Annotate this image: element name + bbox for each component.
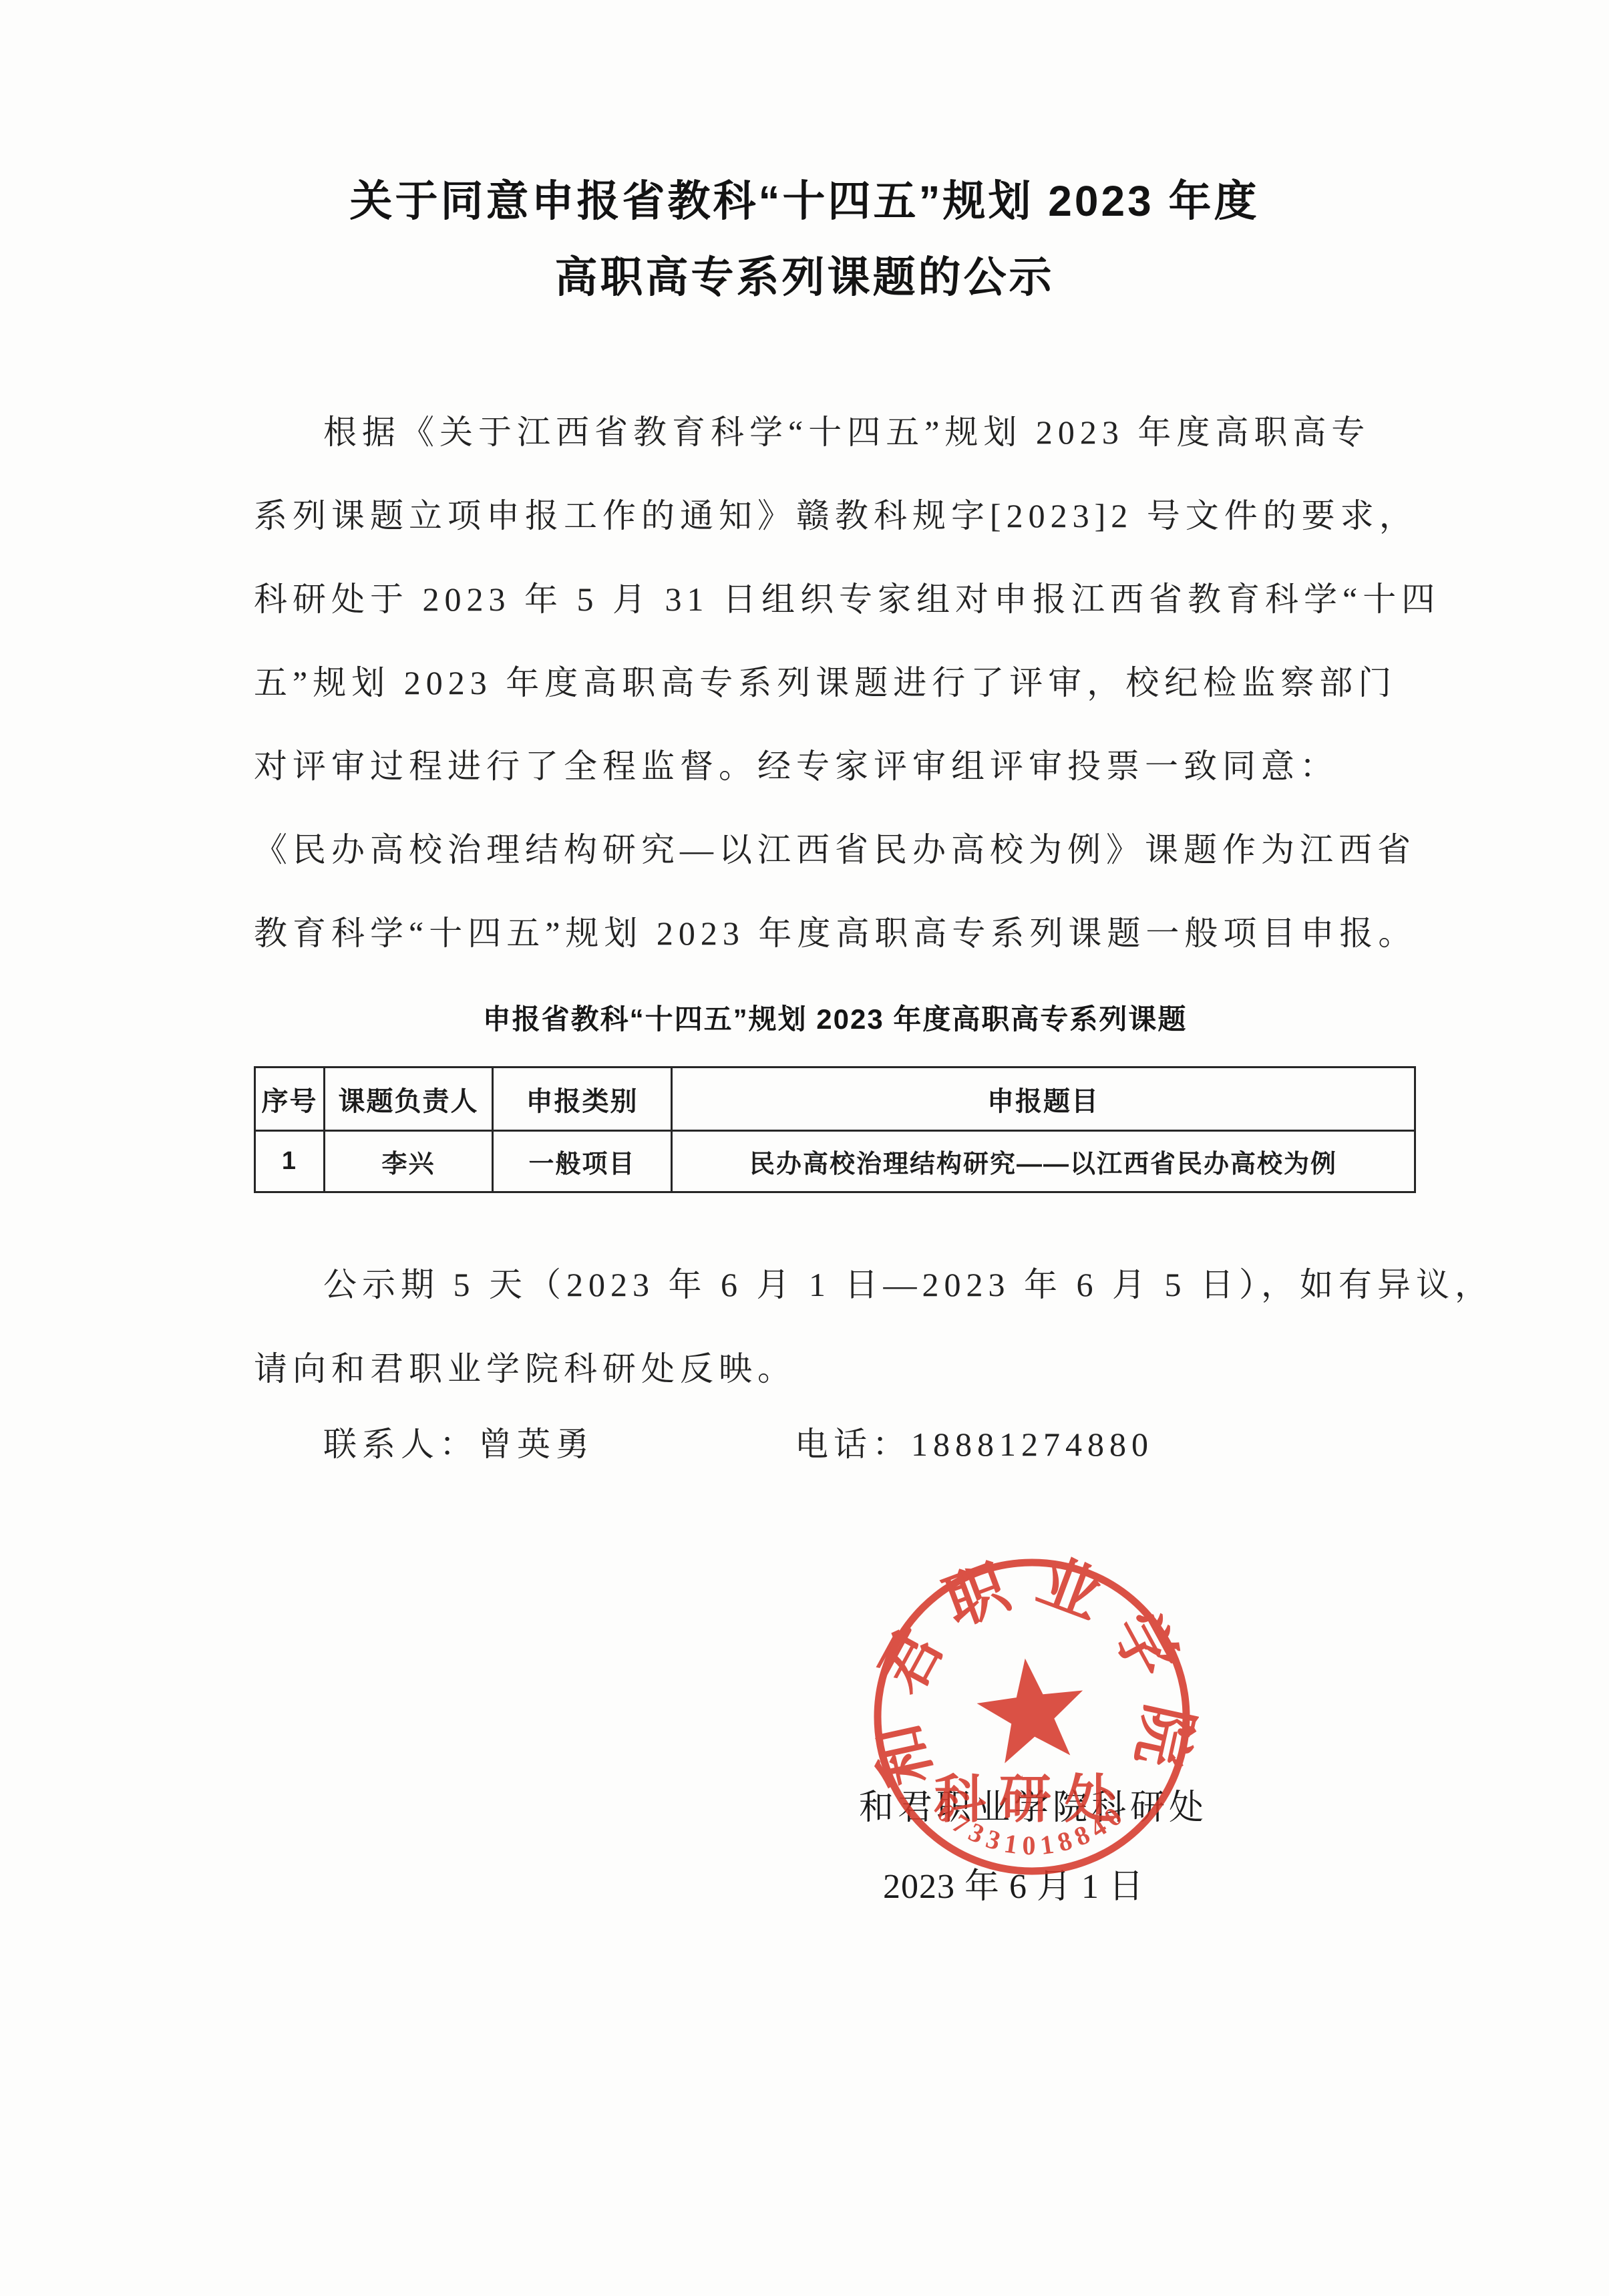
body-line: 科研处于 2023 年 5 月 31 日组织专家组对申报江西省教育科学“十四 xyxy=(254,558,1456,641)
document-title: 关于同意申报省教科“十四五”规划 2023 年度 高职高专系列课题的公示 xyxy=(0,163,1609,315)
body-paragraph: 根据《关于江西省教育科学“十四五”规划 2023 年度高职高专 系列课题立项申报… xyxy=(254,391,1456,975)
header-category: 申报类别 xyxy=(493,1068,672,1131)
projects-table: 序号 课题负责人 申报类别 申报题目 1 李兴 一般项目 民办高校治理结构研究—… xyxy=(254,1066,1416,1193)
issuer-signature: 和君职业学院科研处 xyxy=(859,1785,1208,1832)
body-line: 根据《关于江西省教育科学“十四五”规划 2023 年度高职高专 xyxy=(254,391,1456,474)
header-serial: 序号 xyxy=(255,1068,325,1131)
title-line-1: 关于同意申报省教科“十四五”规划 2023 年度 xyxy=(0,163,1609,239)
contact-person: 曾英勇 xyxy=(478,1426,594,1463)
body-line: 《民办高校治理结构研究—以江西省民办高校为例》课题作为江西省 xyxy=(254,808,1456,892)
notice-line: 公示期 5 天（2023 年 6 月 1 日—2023 年 6 月 5 日），如… xyxy=(254,1243,1456,1327)
body-line: 对评审过程进行了全程监督。经专家评审组评审投票一致同意： xyxy=(254,725,1456,808)
contact-phone-label: 电话： xyxy=(795,1426,911,1463)
cell-topic: 民办高校治理结构研究——以江西省民办高校为例 xyxy=(672,1131,1415,1192)
official-seal: 和君职业学院 科研处 07331018840 xyxy=(865,1550,1199,1884)
body-line: 系列课题立项申报工作的通知》赣教科规字[2023]2 号文件的要求， xyxy=(254,474,1456,558)
body-line: 教育科学“十四五”规划 2023 年度高职高专系列课题一般项目申报。 xyxy=(254,892,1456,975)
issue-date: 2023 年 6 月 1 日 xyxy=(883,1864,1144,1911)
table-caption: 申报省教科“十四五”规划 2023 年度高职高专系列课题 xyxy=(254,999,1416,1039)
notice-paragraph: 公示期 5 天（2023 年 6 月 1 日—2023 年 6 月 5 日），如… xyxy=(254,1243,1456,1411)
table-row: 1 李兴 一般项目 民办高校治理结构研究——以江西省民办高校为例 xyxy=(255,1131,1415,1192)
notice-line: 请向和君职业学院科研处反映。 xyxy=(254,1327,1456,1411)
document-page: 关于同意申报省教科“十四五”规划 2023 年度 高职高专系列课题的公示 根据《… xyxy=(0,0,1609,2296)
contact-phone: 18881274880 xyxy=(911,1426,1153,1463)
header-topic: 申报题目 xyxy=(672,1068,1415,1131)
projects-table-block: 申报省教科“十四五”规划 2023 年度高职高专系列课题 序号 课题负责人 申报… xyxy=(254,999,1416,1193)
cell-leader: 李兴 xyxy=(325,1131,493,1192)
contact-line: 联系人：曾英勇电话：18881274880 xyxy=(254,1403,1456,1486)
seal-star-icon xyxy=(972,1652,1090,1766)
seal-ring-text: 和君职业学院 xyxy=(865,1550,1199,1792)
table-header-row: 序号 课题负责人 申报类别 申报题目 xyxy=(255,1068,1415,1131)
contact-person-label: 联系人： xyxy=(323,1426,478,1463)
body-line: 五”规划 2023 年度高职高专系列课题进行了评审，校纪检监察部门 xyxy=(254,641,1456,725)
title-line-2: 高职高专系列课题的公示 xyxy=(0,239,1609,315)
cell-category: 一般项目 xyxy=(493,1131,672,1192)
header-leader: 课题负责人 xyxy=(325,1068,493,1131)
cell-serial: 1 xyxy=(255,1131,325,1192)
